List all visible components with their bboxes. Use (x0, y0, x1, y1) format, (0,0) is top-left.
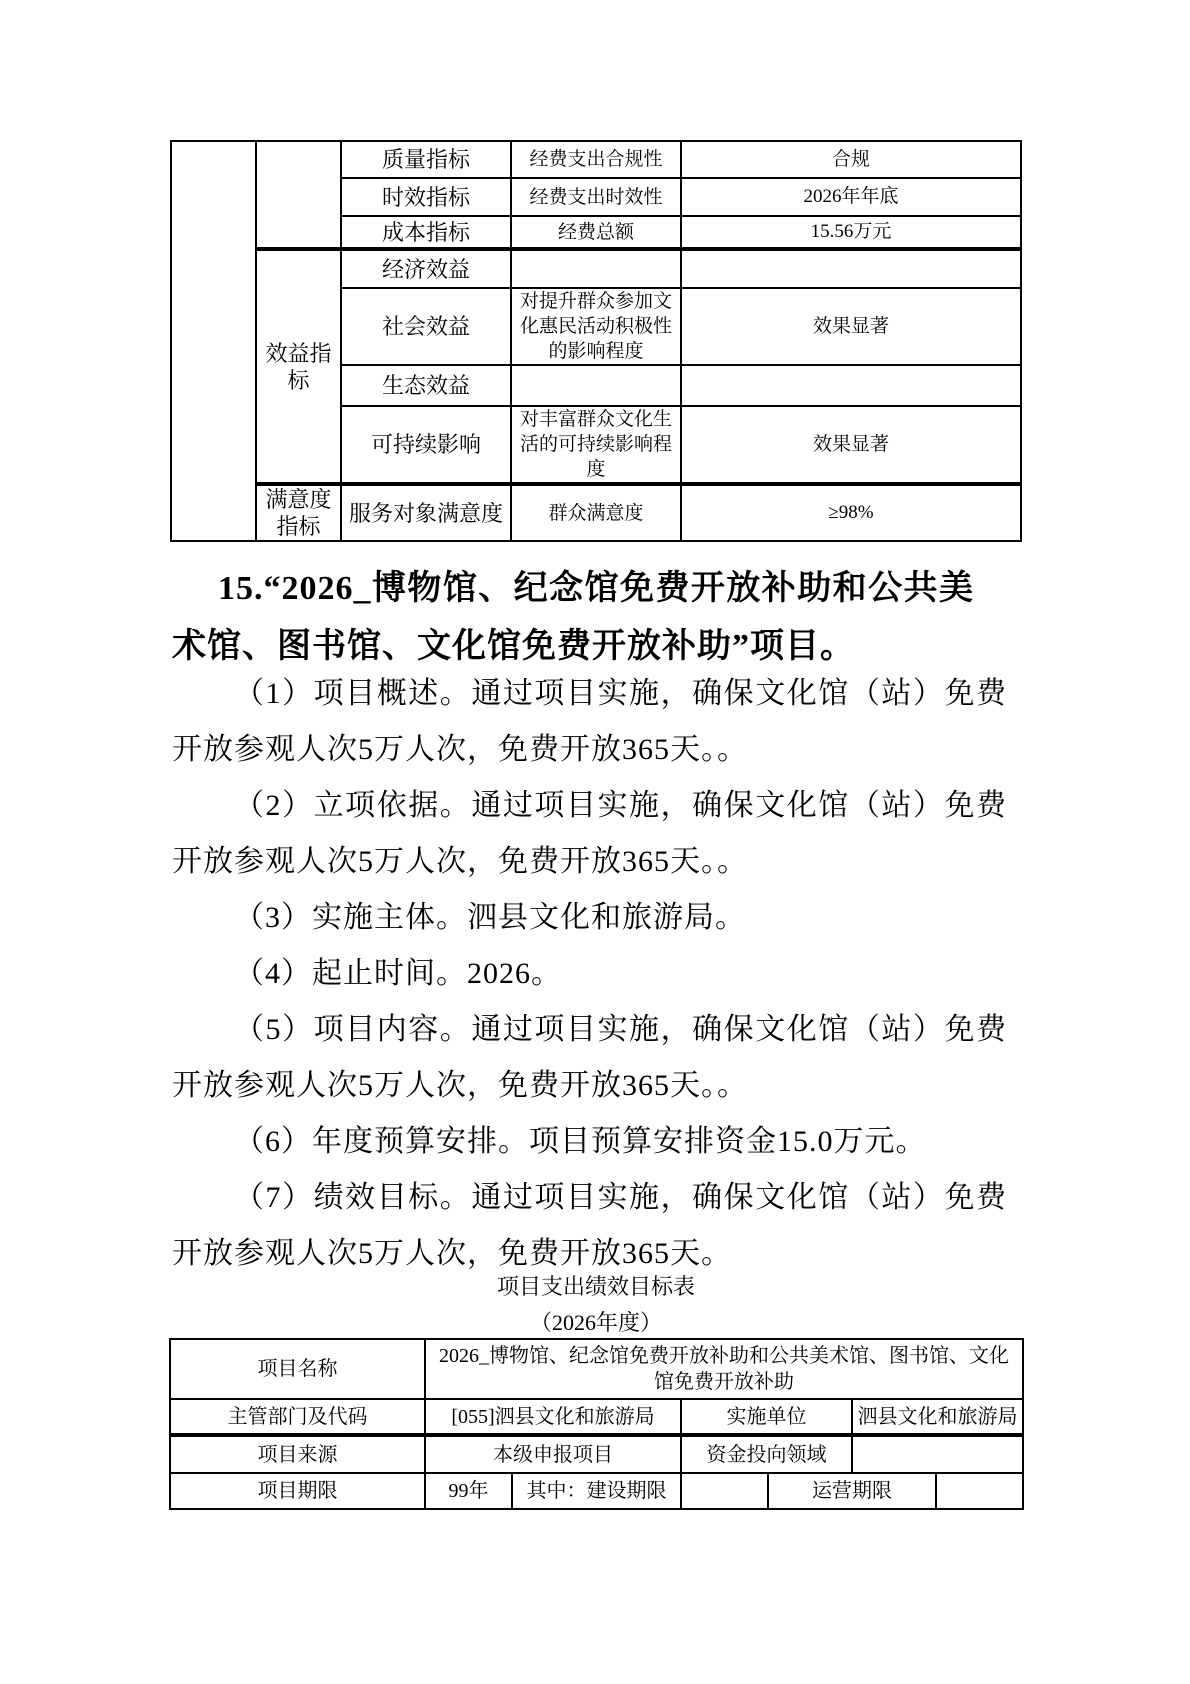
paragraph-7: （7）绩效目标。通过项目实施，确保文化馆（站）免费开放参观人次5万人次，免费开放… (172, 1170, 1007, 1282)
satisfaction-indicator-value: ≥98% (681, 484, 1021, 541)
section-body: （1）项目概述。通过项目实施，确保文化馆（站）免费开放参观人次5万人次，免费开放… (172, 666, 1007, 1282)
section-heading: 15.“2026_博物馆、纪念馆免费开放补助和公共美术馆、图书馆、文化馆免费开放… (172, 560, 974, 676)
paragraph-3: （3）实施主体。泗县文化和旅游局。 (172, 890, 1007, 946)
build-period-value (681, 1473, 768, 1509)
dept-code-value: [055]泗县文化和旅游局 (425, 1399, 681, 1435)
paragraph-5: （5）项目内容。通过项目实施，确保文化馆（站）免费开放参观人次5万人次，免费开放… (172, 1002, 1007, 1114)
project-name-value: 2026_博物馆、纪念馆免费开放补助和公共美术馆、图书馆、文化馆免费开放补助 (425, 1339, 1023, 1399)
paragraph-1: （1）项目概述。通过项目实施，确保文化馆（站）免费开放参观人次5万人次，免费开放… (172, 666, 1007, 778)
indicator-table: 质量指标 经费支出合规性 合规 时效指标 经费支出时效性 2026年年底 成本指… (170, 140, 1022, 542)
document-page: 质量指标 经费支出合规性 合规 时效指标 经费支出时效性 2026年年底 成本指… (0, 0, 1190, 1684)
sustainable-impact-criteria: 对丰富群众文化生活的可持续影响程度 (511, 406, 681, 484)
cost-indicator-label: 成本指标 (341, 216, 511, 249)
benefit-group-cell: 效益指标 (256, 249, 341, 484)
quality-indicator-label: 质量指标 (341, 141, 511, 178)
project-period-value: 99年 (425, 1473, 512, 1509)
ecological-benefit-label: 生态效益 (341, 365, 511, 406)
goal-table-title: 项目支出绩效目标表 (170, 1270, 1022, 1301)
fund-field-value (852, 1435, 1023, 1473)
social-benefit-value: 效果显著 (681, 288, 1021, 365)
sustainable-impact-value: 效果显著 (681, 406, 1021, 484)
economic-benefit-criteria (511, 249, 681, 288)
indicator-category-cell (171, 141, 256, 541)
goal-table: 项目名称 2026_博物馆、纪念馆免费开放补助和公共美术馆、图书馆、文化馆免费开… (169, 1338, 1024, 1510)
project-name-label: 项目名称 (170, 1339, 425, 1399)
oper-period-label: 运营期限 (768, 1473, 936, 1509)
social-benefit-criteria: 对提升群众参加文化惠民活动积极性的影响程度 (511, 288, 681, 365)
oper-period-value (936, 1473, 1023, 1509)
ecological-benefit-value (681, 365, 1021, 406)
economic-benefit-label: 经济效益 (341, 249, 511, 288)
project-period-label: 项目期限 (170, 1473, 425, 1509)
satisfaction-indicator-label: 服务对象满意度 (341, 484, 511, 541)
cost-indicator-value: 15.56万元 (681, 216, 1021, 249)
dept-code-label: 主管部门及代码 (170, 1399, 425, 1435)
ecological-benefit-criteria (511, 365, 681, 406)
economic-benefit-value (681, 249, 1021, 288)
fund-field-label: 资金投向领域 (681, 1435, 852, 1473)
paragraph-6: （6）年度预算安排。项目预算安排资金15.0万元。 (172, 1114, 1007, 1170)
timeliness-indicator-criteria: 经费支出时效性 (511, 178, 681, 216)
timeliness-indicator-label: 时效指标 (341, 178, 511, 216)
project-source-label: 项目来源 (170, 1435, 425, 1473)
sustainable-impact-label: 可持续影响 (341, 406, 511, 484)
impl-unit-label: 实施单位 (681, 1399, 852, 1435)
cost-indicator-criteria: 经费总额 (511, 216, 681, 249)
build-period-label: 其中：建设期限 (512, 1473, 681, 1509)
quality-indicator-criteria: 经费支出合规性 (511, 141, 681, 178)
paragraph-2: （2）立项依据。通过项目实施，确保文化馆（站）免费开放参观人次5万人次，免费开放… (172, 778, 1007, 890)
output-group-cell (256, 141, 341, 249)
project-source-value: 本级申报项目 (425, 1435, 681, 1473)
satisfaction-indicator-criteria: 群众满意度 (511, 484, 681, 541)
paragraph-4: （4）起止时间。2026。 (172, 946, 1007, 1002)
social-benefit-label: 社会效益 (341, 288, 511, 365)
goal-table-year-note: （2026年度） (170, 1306, 1022, 1337)
satisfaction-group-cell: 满意度指标 (256, 484, 341, 541)
timeliness-indicator-value: 2026年年底 (681, 178, 1021, 216)
impl-unit-value: 泗县文化和旅游局 (852, 1399, 1023, 1435)
quality-indicator-value: 合规 (681, 141, 1021, 178)
